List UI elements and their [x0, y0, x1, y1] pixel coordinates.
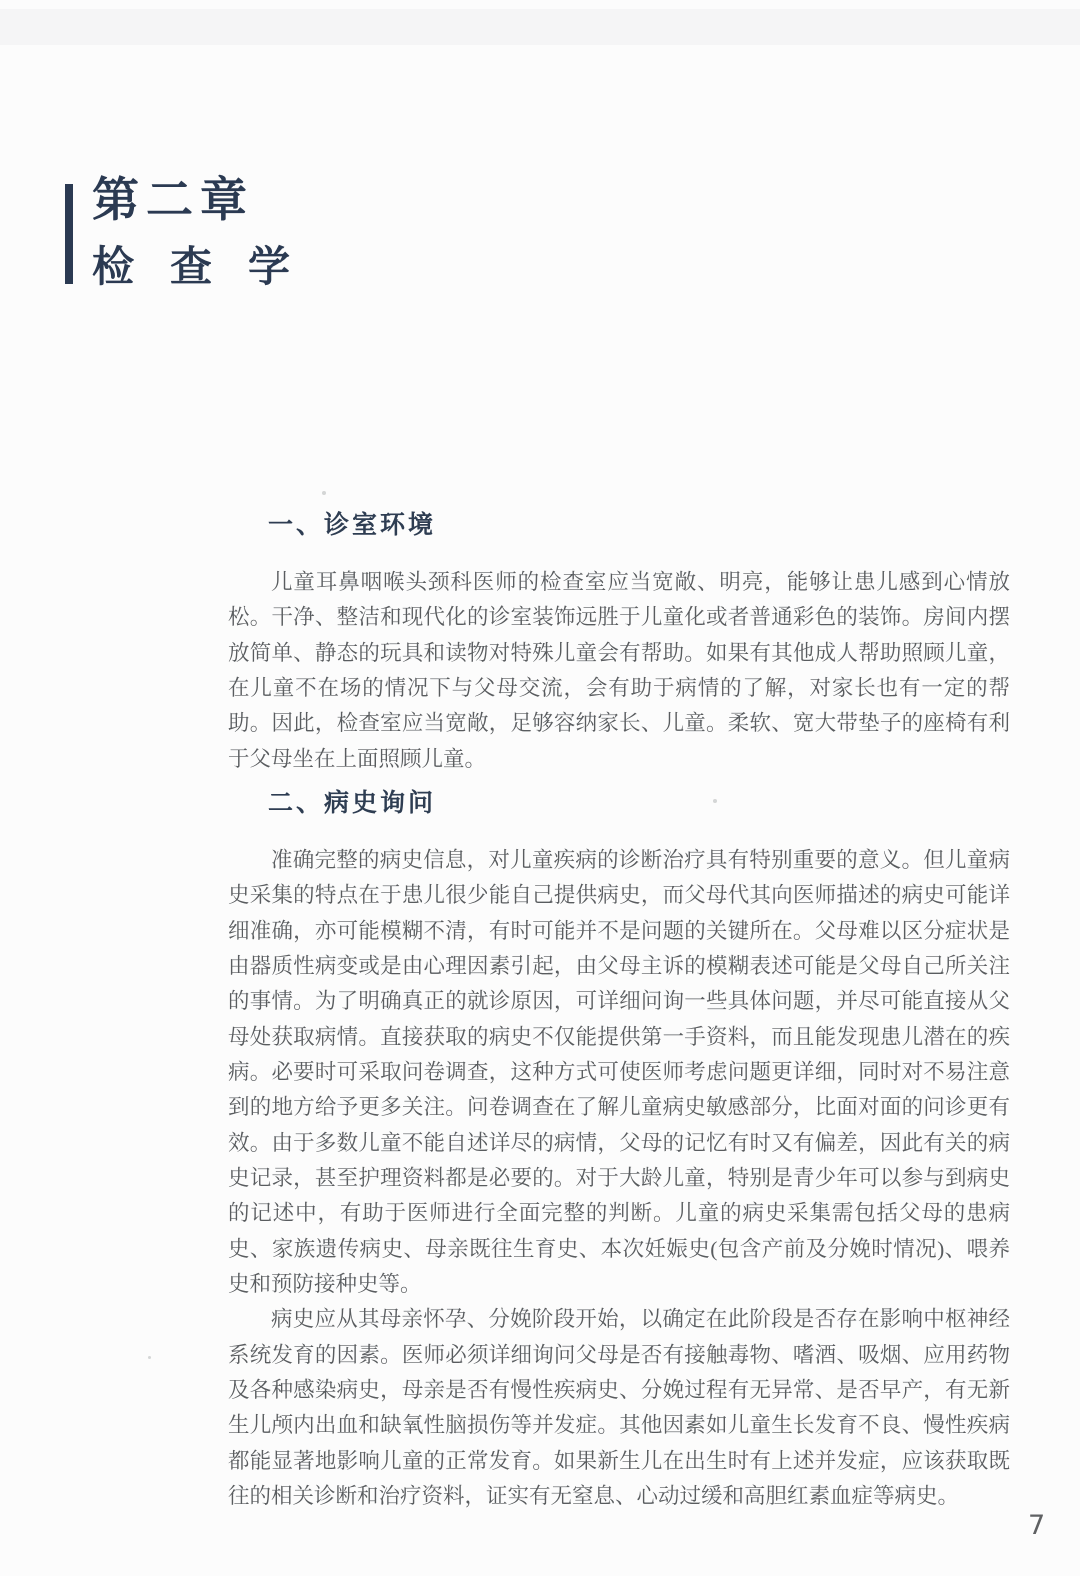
- scan-top-band: [0, 9, 1080, 45]
- chapter-block: 第二章 检查学: [65, 176, 326, 289]
- body-paragraph: 准确完整的病史信息，对儿童疾病的诊断治疗具有特别重要的意义。但儿童病史采集的特点…: [228, 843, 1010, 1302]
- book-page: 第二章 检查学 一、诊室环境 儿童耳鼻咽喉头颈科医师的检查室应当宽敞、明亮，能够…: [0, 0, 1080, 1576]
- chapter-title: 检查学: [92, 245, 326, 289]
- chapter-number: 第二章: [92, 176, 326, 227]
- scan-speck: [713, 799, 717, 803]
- section-heading-clinic-environment: 一、诊室环境: [228, 505, 1010, 545]
- page-number: 7: [1028, 1510, 1045, 1541]
- body-paragraph: 病史应从其母亲怀孕、分娩阶段开始，以确定在此阶段是否存在影响中枢神经系统发育的因…: [228, 1302, 1010, 1514]
- chapter-accent-bar: [65, 184, 73, 284]
- body-paragraph: 儿童耳鼻咽喉头颈科医师的检查室应当宽敞、明亮，能够让患儿感到心情放松。干净、整洁…: [228, 565, 1010, 777]
- scan-speck: [322, 491, 326, 495]
- content-column: 一、诊室环境 儿童耳鼻咽喉头颈科医师的检查室应当宽敞、明亮，能够让患儿感到心情放…: [228, 505, 1010, 1514]
- section-heading-history-inquiry: 二、病史询问: [228, 783, 1010, 823]
- scan-speck: [148, 1356, 151, 1359]
